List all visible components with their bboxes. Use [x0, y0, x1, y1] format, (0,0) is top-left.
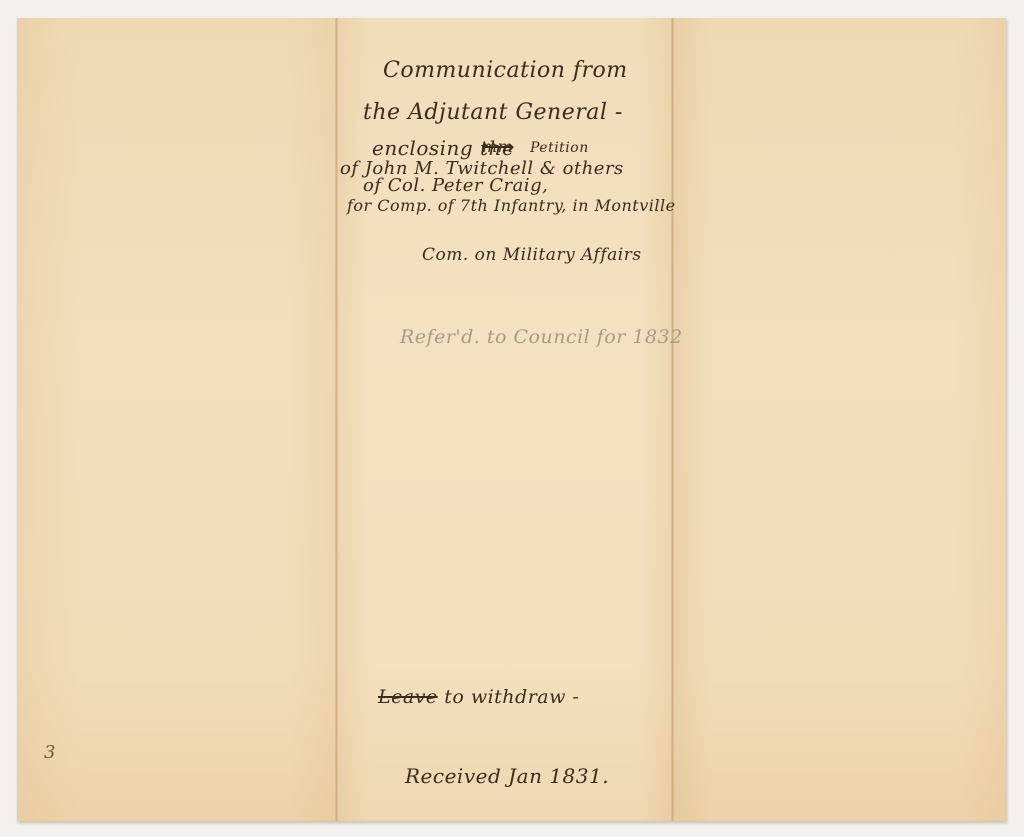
right-panel: [672, 18, 1006, 821]
struck-action-word: Leave: [378, 686, 438, 708]
struck-word: mm: [482, 137, 513, 156]
committee-referral: Com. on Military Affairs: [422, 245, 642, 265]
docket-purpose-line: for Comp. of 7th Infantry, in Montville: [347, 196, 676, 215]
docket-title-line: Communication from: [383, 58, 628, 83]
fold-line-left: [335, 18, 338, 821]
scanned-document: Communication from the Adjutant General …: [0, 0, 1024, 837]
action-text: to withdraw -: [444, 686, 579, 708]
corner-mark: 3: [44, 742, 55, 763]
pencil-note: Refer'd. to Council for 1832: [400, 326, 683, 348]
fold-line-right: [671, 18, 674, 821]
docket-colonel-line: of Col. Peter Craig,: [363, 175, 548, 196]
docket-petition-text: Petition: [530, 140, 589, 156]
docket-source-line: the Adjutant General -: [363, 100, 623, 125]
action-line: Leave to withdraw -: [378, 686, 579, 708]
received-date: Received Jan 1831.: [405, 764, 609, 788]
left-panel: [17, 18, 336, 821]
